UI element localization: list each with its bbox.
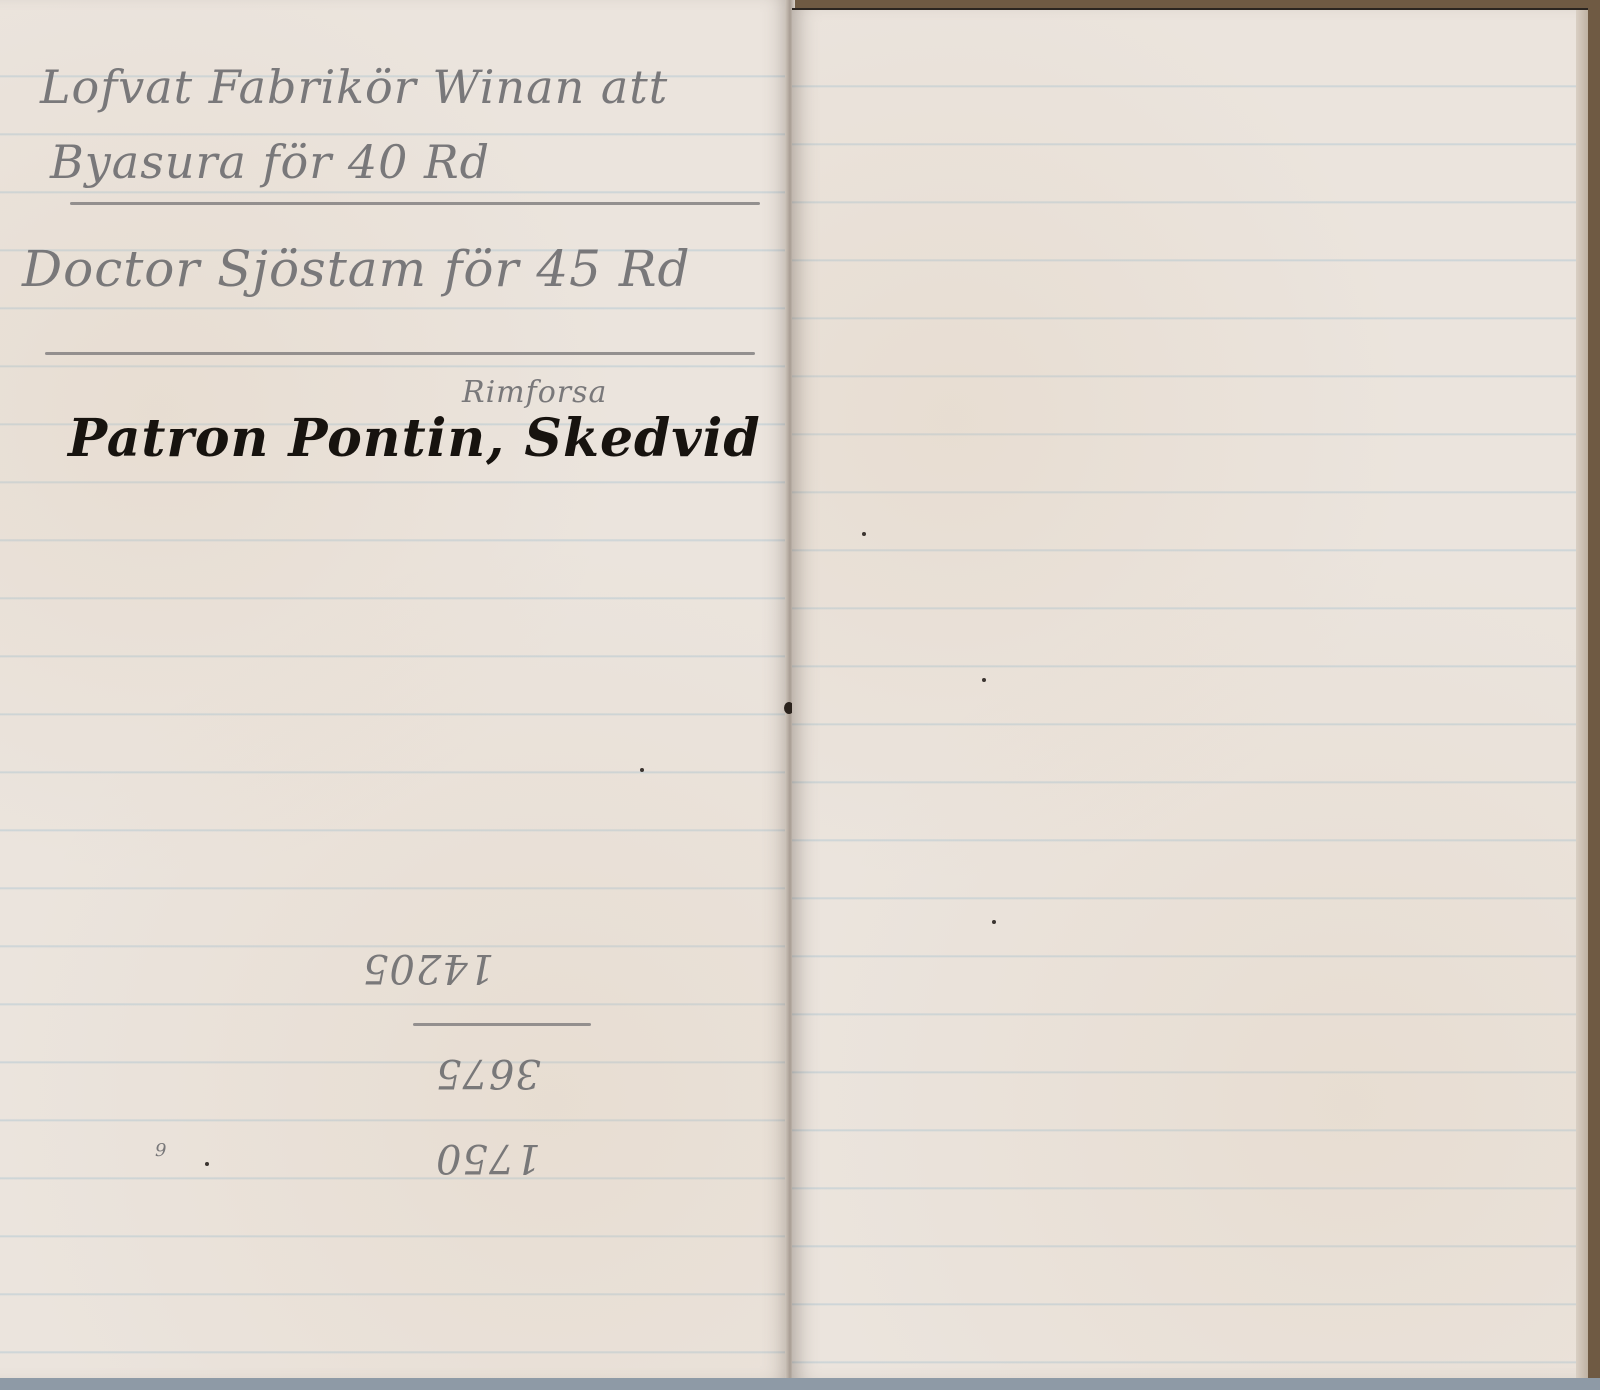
paper-speck <box>640 768 644 772</box>
entry-2-line-1: Doctor Sjöstam för 45 Rd <box>22 240 690 298</box>
divider-line <box>70 202 760 205</box>
left-page: Lofvat Fabrikör Winan att Byasura för 40… <box>0 0 790 1378</box>
entry-1-line-2: Byasura för 40 Rd <box>50 135 490 189</box>
paper-speck <box>982 678 986 682</box>
annotation-rimforsa: Rimforsa <box>462 375 607 410</box>
paper-speck <box>992 920 996 924</box>
paper-speck <box>862 532 866 536</box>
right-page <box>792 8 1588 1378</box>
entry-1-line-1: Lofvat Fabrikör Winan att <box>40 60 668 114</box>
sum-line <box>413 1023 591 1026</box>
divider-line <box>45 352 755 355</box>
stray-mark: 9 <box>155 1140 167 1161</box>
notebook: Lofvat Fabrikör Winan att Byasura för 40… <box>0 0 1600 1378</box>
entry-3-line-1: Patron Pontin, Skedvid <box>68 408 761 469</box>
paper-speck <box>205 1162 209 1166</box>
upside-down-figure-1: 3675 <box>435 1050 541 1096</box>
upside-down-figure-2: 1750 <box>435 1135 541 1181</box>
upside-down-figure-top: 14205 <box>362 945 494 991</box>
